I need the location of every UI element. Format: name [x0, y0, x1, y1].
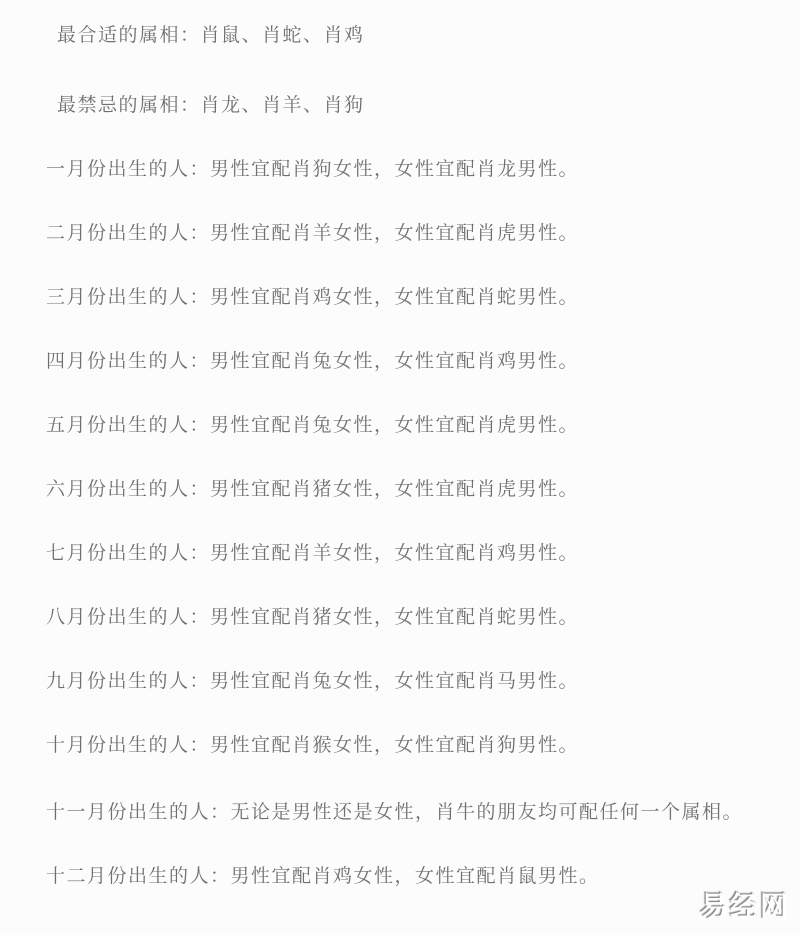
- month-line-september: 九月份出生的人：男性宜配肖兔女性，女性宜配肖马男性。: [46, 672, 780, 691]
- month-line-january: 一月份出生的人：男性宜配肖狗女性，女性宜配肖龙男性。: [46, 160, 780, 179]
- month-line-december: 十二月份出生的人：男性宜配肖鸡女性，女性宜配肖鼠男性。: [46, 867, 780, 886]
- month-line-april: 四月份出生的人：男性宜配肖兔女性，女性宜配肖鸡男性。: [46, 352, 780, 371]
- month-line-july: 七月份出生的人：男性宜配肖羊女性，女性宜配肖鸡男性。: [46, 544, 780, 563]
- site-watermark-logo: 易经网: [700, 885, 790, 925]
- month-line-june: 六月份出生的人：男性宜配肖猪女性，女性宜配肖虎男性。: [46, 480, 780, 499]
- month-line-november: 十一月份出生的人：无论是男性还是女性，肖牛的朋友均可配任何一个属相。: [46, 803, 780, 822]
- month-line-august: 八月份出生的人：男性宜配肖猪女性，女性宜配肖蛇男性。: [46, 608, 780, 627]
- month-line-february: 二月份出生的人：男性宜配肖羊女性，女性宜配肖虎男性。: [46, 224, 780, 243]
- worst-zodiac-matches-line: 最禁忌的属相：肖龙、肖羊、肖狗: [46, 96, 780, 115]
- month-line-october: 十月份出生的人：男性宜配肖猴女性，女性宜配肖狗男性。: [46, 736, 780, 755]
- month-line-may: 五月份出生的人：男性宜配肖兔女性，女性宜配肖虎男性。: [46, 416, 780, 435]
- best-zodiac-matches-line: 最合适的属相：肖鼠、肖蛇、肖鸡: [46, 26, 780, 45]
- zodiac-article-page: 最合适的属相：肖鼠、肖蛇、肖鸡 最禁忌的属相：肖龙、肖羊、肖狗 一月份出生的人：…: [0, 0, 800, 935]
- month-line-march: 三月份出生的人：男性宜配肖鸡女性，女性宜配肖蛇男性。: [46, 288, 780, 307]
